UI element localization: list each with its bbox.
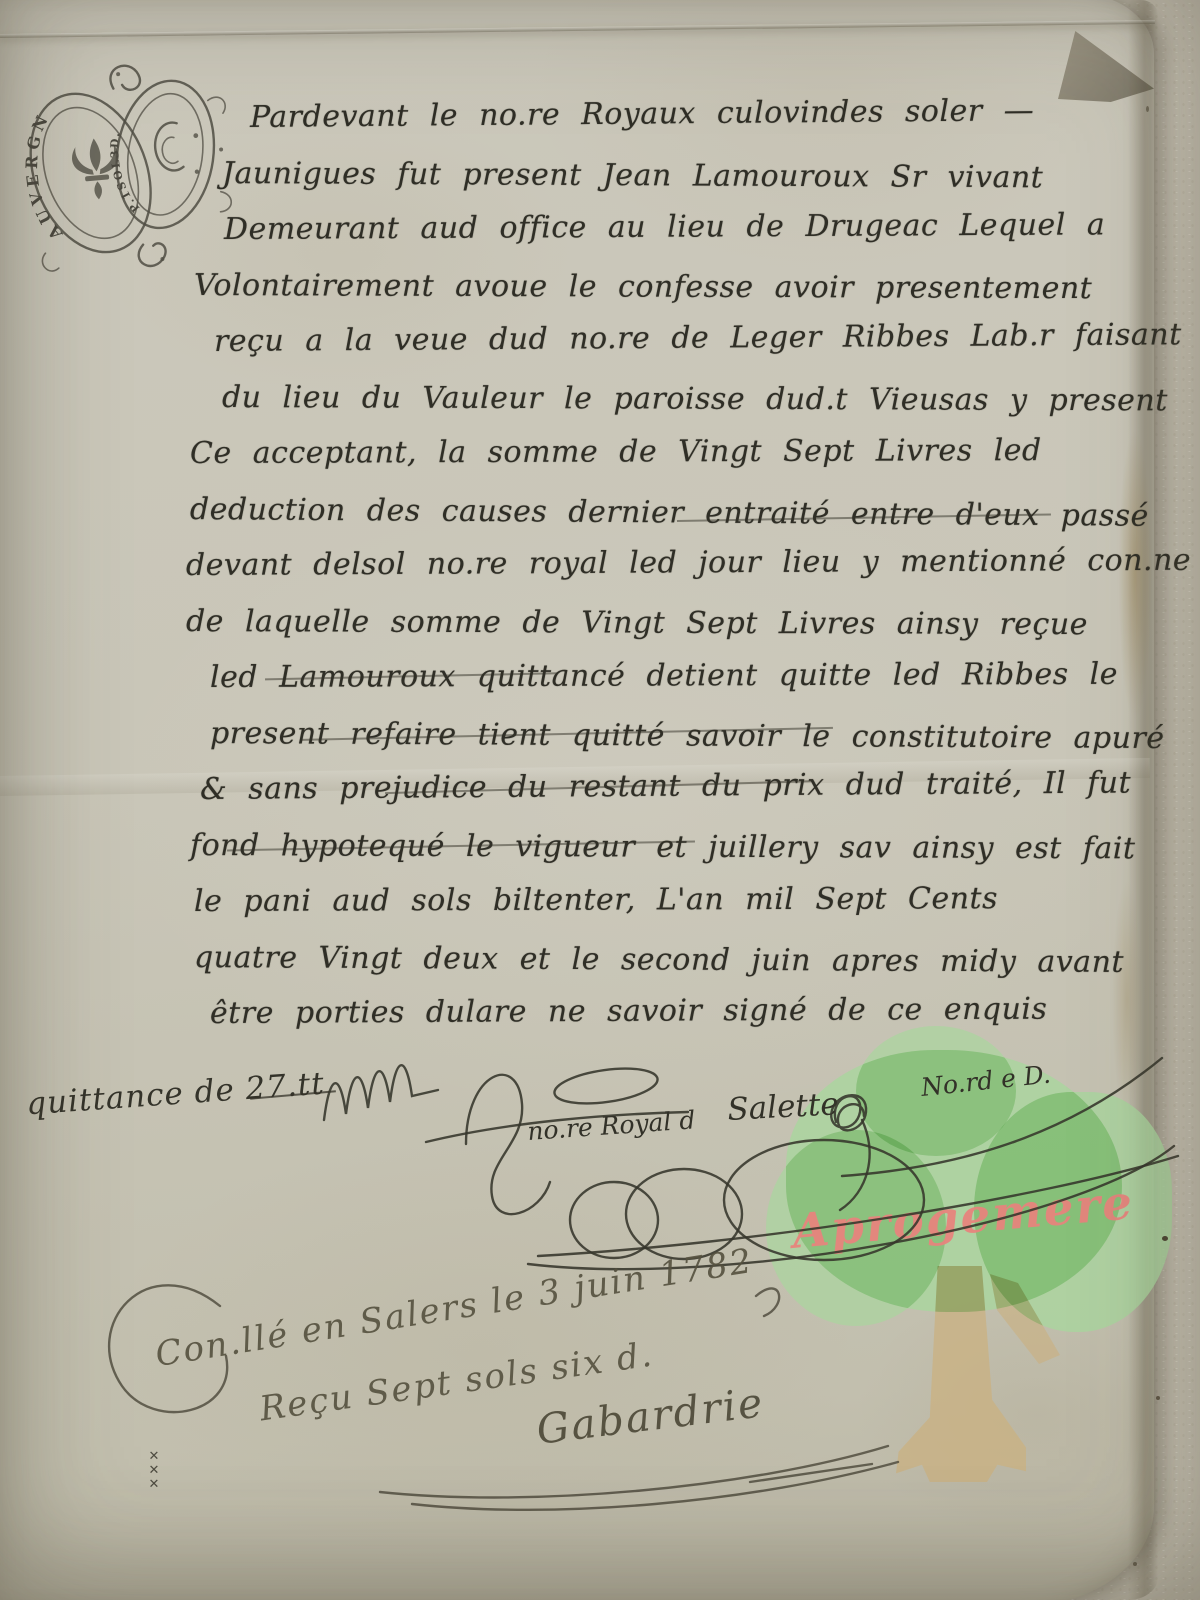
pen-sweep — [538, 1156, 1178, 1256]
manuscript-line: devant delsol no.re royal led jour lieu … — [186, 533, 1126, 594]
pen-oval — [552, 1063, 659, 1109]
manuscript-line: Pardevant le no.re Royaux culovindes sol… — [250, 82, 1126, 146]
pen-underline — [412, 1462, 898, 1510]
ink-speck — [1133, 1562, 1137, 1566]
ink-speck — [1146, 106, 1149, 112]
manuscript-line: le pani aud sols biltenter, L'an mil Sep… — [194, 871, 1126, 930]
collation-marks: ✕ ✕ ✕ — [146, 1450, 162, 1492]
ink-speck — [1156, 1396, 1160, 1400]
manuscript-line: fond hypotequé le vigueur et juillery sa… — [190, 818, 1126, 877]
stamp-left-oval: AUVERGNE — [0, 40, 175, 274]
pen-stroke — [840, 1120, 870, 1210]
manuscript-line: du lieu du Vauleur le paroisse dud.t Vie… — [222, 370, 1126, 429]
notary-title-text: no.re Royal d — [526, 1105, 696, 1146]
signature-salette: Salette — [727, 1086, 840, 1128]
manuscript-line: Ce acceptant, la somme de Vingt Sept Liv… — [190, 423, 1126, 482]
pen-zigzag — [324, 1065, 438, 1120]
manuscript-body: Pardevant le no.re Royaux culovindes sol… — [186, 90, 1126, 1042]
stamp-scroll — [161, 137, 178, 164]
manuscript-line: & sans prejudice du restant du prix dud … — [200, 756, 1126, 818]
manuscript-line: Demeurant aud office au lieu de Drugeac … — [224, 197, 1126, 258]
manuscript-line: de laquelle somme de Vingt Sept Livres a… — [186, 594, 1126, 653]
manuscript-line: led Lamouroux quittancé detient quitte l… — [210, 647, 1126, 706]
document-photo: Aprogemere AUVERGNE P.1SOL3D. — [0, 0, 1200, 1600]
signature-suffix-text: No.rd e D. — [919, 1060, 1053, 1103]
stamp-scroll — [153, 122, 184, 172]
manuscript-line: reçu a la veue dud no.re de Leger Ribbes… — [214, 308, 1126, 370]
